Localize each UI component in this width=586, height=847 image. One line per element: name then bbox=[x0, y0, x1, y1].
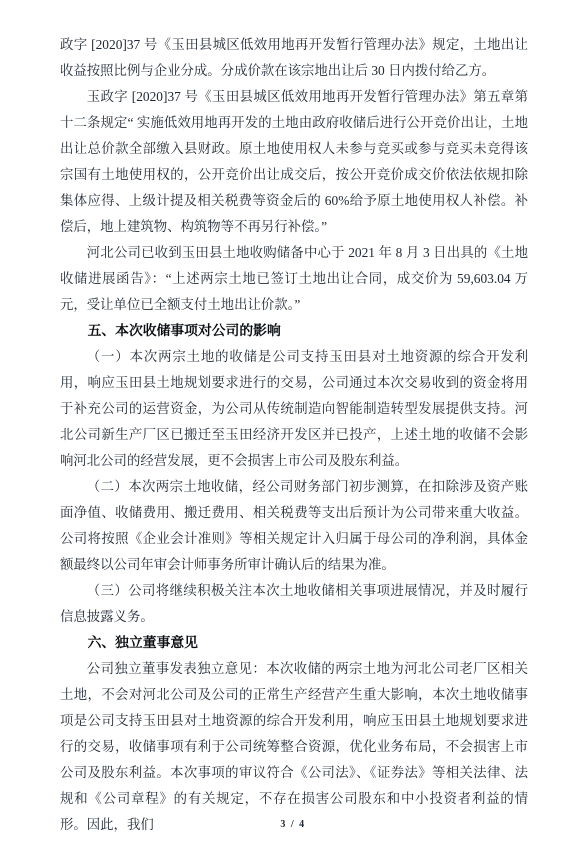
doc-paragraph-continuation: 政字 [2020]37 号《玉田县城区低效用地再开发暂行管理办法》规定，土地出让… bbox=[60, 32, 528, 84]
doc-paragraph-impact-1: （一）本次两宗土地的收储是公司支持玉田县对土地资源的综合开发利用，响应玉田县土地… bbox=[60, 344, 528, 474]
doc-paragraph-impact-3: （三）公司将继续积极关注本次土地收储相关事项进展情况，并及时履行信息披露义务。 bbox=[60, 578, 528, 630]
page-number: 3 / 4 bbox=[0, 819, 586, 830]
document-body: 政字 [2020]37 号《玉田县城区低效用地再开发暂行管理办法》规定，土地出让… bbox=[60, 32, 528, 838]
document-page: 政字 [2020]37 号《玉田县城区低效用地再开发暂行管理办法》规定，土地出让… bbox=[0, 0, 586, 847]
doc-paragraph-regulation-quote: 玉政字 [2020]37 号《玉田县城区低效用地再开发暂行管理办法》第五章第十二… bbox=[60, 84, 528, 240]
doc-paragraph-land-notice: 河北公司已收到玉田县土地收购储备中心于 2021 年 8 月 3 日出具的《土地… bbox=[60, 240, 528, 318]
section-heading-independent-directors: 六、独立董事意见 bbox=[60, 630, 528, 656]
doc-paragraph-impact-2: （二）本次两宗土地收储，经公司财务部门初步测算，在扣除涉及资产账面净值、收储费用… bbox=[60, 474, 528, 578]
doc-paragraph-independent-opinion: 公司独立董事发表独立意见：本次收储的两宗土地为河北公司老厂区相关土地，不会对河北… bbox=[60, 656, 528, 838]
section-heading-impact: 五、本次收储事项对公司的影响 bbox=[60, 318, 528, 344]
